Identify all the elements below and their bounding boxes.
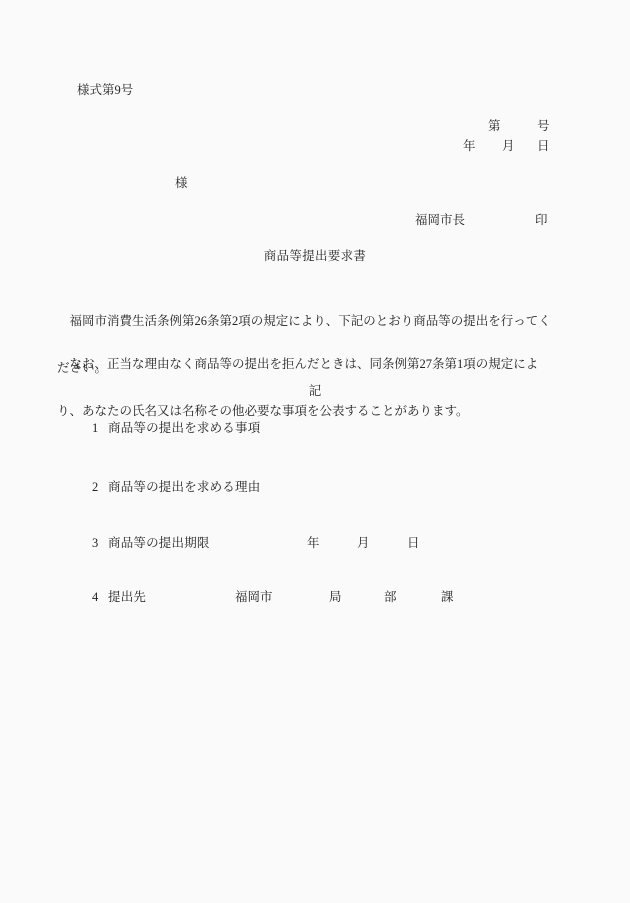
paragraph-line: り、あなたの氏名又は名称その他必要な事項を公表することがあります。: [57, 401, 582, 423]
item-number: 1: [92, 421, 98, 435]
item-label: 提出先: [108, 590, 146, 604]
doc-number-suffix: 号: [537, 120, 550, 133]
date-year-label: 年: [463, 140, 476, 153]
document-page: 様式第9号 第 号 年 月 日 様 福岡市長 印 商品等提出要求書 福岡市消費生…: [0, 0, 630, 903]
document-number-line: 第 号: [0, 120, 630, 134]
item-number: 4: [92, 590, 98, 604]
item-label: 商品等の提出を求める理由: [108, 480, 260, 494]
form-number: 様式第9号: [77, 84, 133, 97]
seal-label: 印: [535, 214, 548, 227]
date-day-label: 日: [537, 140, 550, 153]
submission-department-label: 部: [384, 590, 397, 604]
date-month-label: 月: [502, 140, 515, 153]
issuer-title: 福岡市長: [415, 214, 465, 227]
doc-number-prefix: 第: [488, 120, 501, 133]
issuer-line: 福岡市長 印: [0, 214, 630, 228]
submission-city-label: 福岡市: [235, 590, 273, 604]
submission-bureau-label: 局: [329, 590, 342, 604]
deadline-year-label: 年: [307, 536, 320, 550]
item-label: 商品等の提出を求める事項: [108, 421, 260, 435]
document-title: 商品等提出要求書: [0, 250, 630, 263]
document-date-line: 年 月 日: [0, 140, 630, 154]
item-label: 商品等の提出期限: [108, 536, 210, 550]
addressee-suffix: 様: [175, 177, 188, 190]
deadline-month-label: 月: [357, 536, 370, 550]
paragraph-line: なお、正当な理由なく商品等の提出を拒んだときは、同条例第27条第1項の規定によ: [57, 354, 582, 376]
deadline-day-label: 日: [407, 536, 420, 550]
list-item-2: 2 商品等の提出を求める理由: [0, 480, 630, 495]
item-number: 2: [92, 480, 98, 494]
submission-section-label: 課: [441, 590, 454, 604]
list-item-3: 3 商品等の提出期限 年 月 日: [0, 536, 630, 551]
item-number: 3: [92, 536, 98, 550]
list-item-4: 4 提出先 福岡市 局 部 課: [0, 590, 630, 605]
ki-notation: 記: [0, 385, 630, 398]
list-item-1: 1 商品等の提出を求める事項: [0, 421, 630, 436]
